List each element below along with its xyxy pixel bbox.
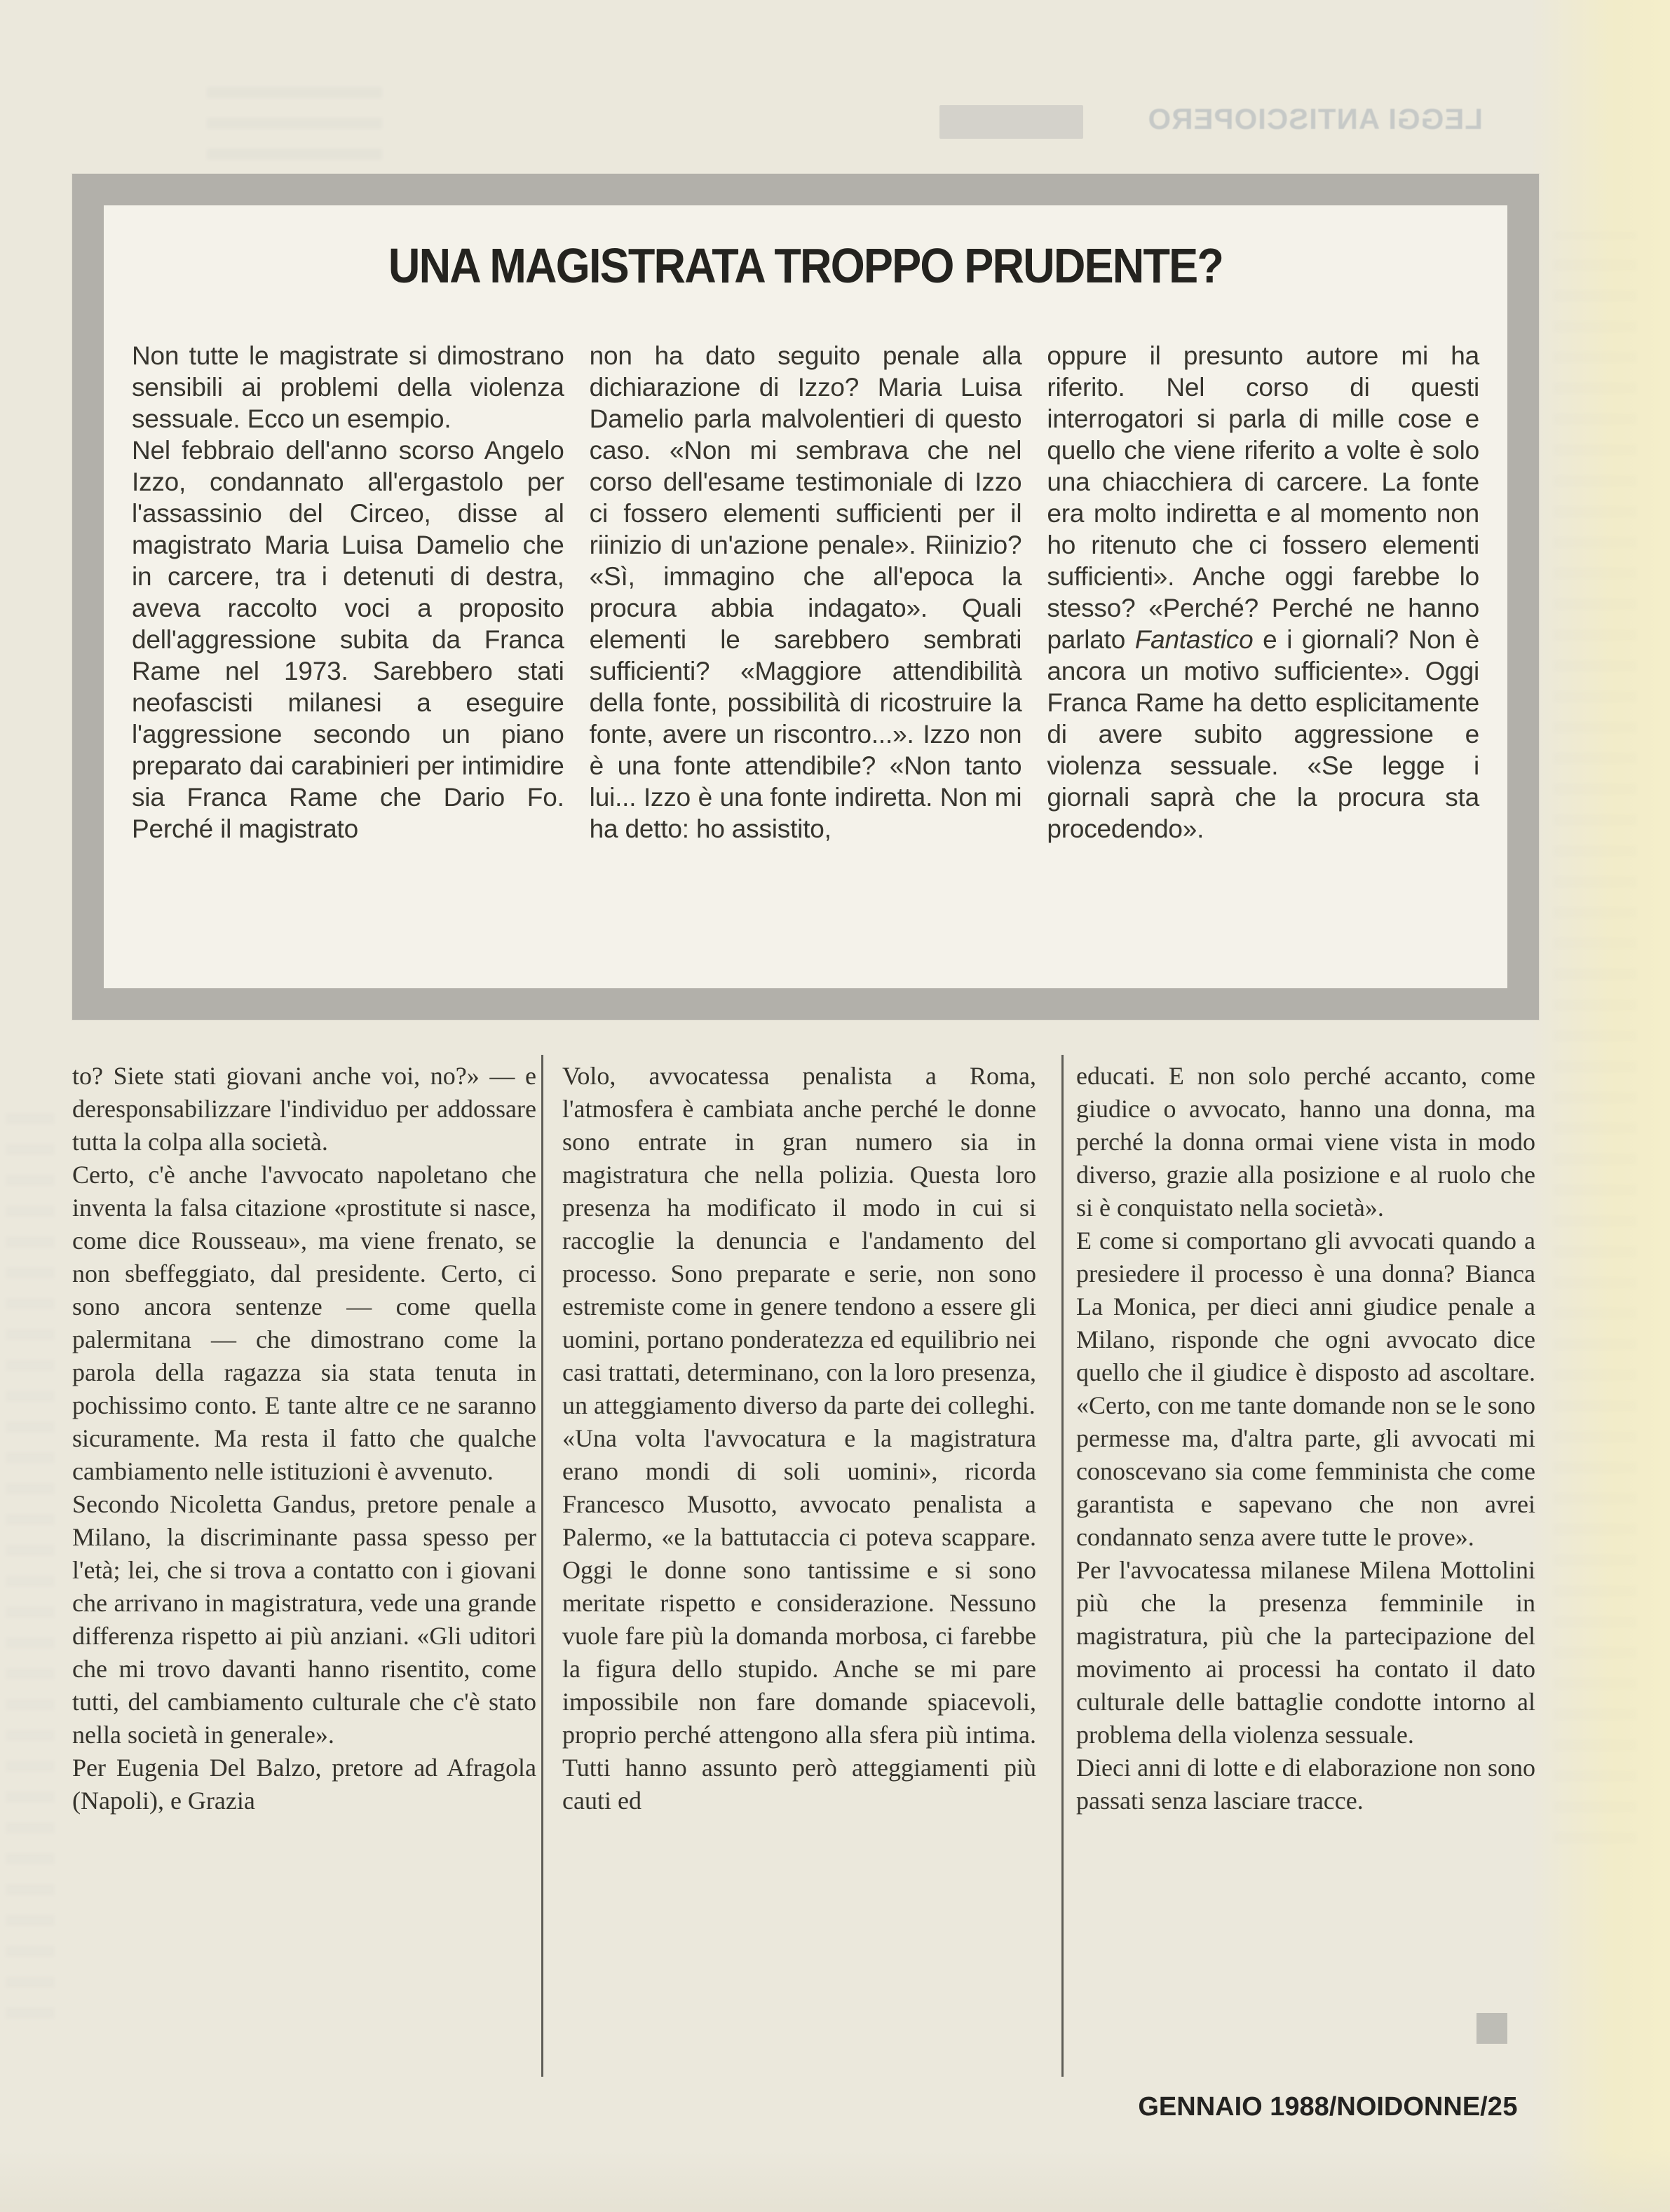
paragraph: «Una volta l'avvocatura e la magistratur… [562, 1422, 1036, 1817]
paragraph: educati. E non solo perché accanto, come… [1076, 1060, 1535, 1224]
bottom-page-shade [0, 2149, 1670, 2212]
text-segment: oppure il presunto autore mi ha riferito… [1047, 341, 1479, 654]
paragraph: Non tutte le magistrate si dimostrano se… [132, 340, 564, 435]
paragraph: Certo, c'è anche l'avvocato napoletano c… [72, 1159, 536, 1488]
footer-credit: GENNAIO 1988/NOIDONNE/ [1138, 2092, 1487, 2122]
italic-text-segment: Fantastico [1135, 625, 1254, 654]
paragraph: oppure il presunto autore mi ha riferito… [1047, 340, 1479, 845]
feature-column-2: non ha dato seguito penale alla dichiara… [590, 340, 1022, 845]
paragraph: non ha dato seguito penale alla dichiara… [590, 340, 1022, 845]
paragraph: Per l'avvocatessa milanese Milena Mottol… [1076, 1554, 1535, 1752]
paragraph: Secondo Nicoletta Gandus, pretore penale… [72, 1488, 536, 1752]
bleedthrough-text-artifact [6, 1093, 55, 2019]
body-column-3: educati. E non solo perché accanto, come… [1076, 1060, 1535, 1817]
bleedthrough-header-label: LEGGI ANTISCIOPERO [1090, 100, 1483, 139]
text-segment: e i giornali? Non è ancora un motivo suf… [1047, 625, 1479, 843]
right-margin-accent [1530, 0, 1670, 2212]
paragraph: Dieci anni di lotte e di elaborazione no… [1076, 1752, 1535, 1817]
feature-article-box: UNA MAGISTRATA TROPPO PRUDENTE? Non tutt… [72, 174, 1539, 1020]
paragraph: E come si comportano gli avvocati quando… [1076, 1224, 1535, 1554]
end-of-article-marker [1476, 2013, 1507, 2044]
body-column-2: Volo, avvocatessa penalista a Roma, l'at… [562, 1060, 1036, 1817]
paragraph: Volo, avvocatessa penalista a Roma, l'at… [562, 1060, 1036, 1422]
magazine-page: LEGGI ANTISCIOPERO UNA MAGISTRATA TROPPO… [0, 0, 1670, 2212]
feature-column-1: Non tutte le magistrate si dimostrano se… [132, 340, 564, 845]
paragraph: Nel febbraio dell'anno scorso Angelo Izz… [132, 435, 564, 845]
page-footer: GENNAIO 1988/NOIDONNE/25 [1094, 2091, 1518, 2122]
footer-page-number: 25 [1488, 2092, 1518, 2122]
feature-column-3: oppure il presunto autore mi ha riferito… [1047, 340, 1479, 845]
column-divider-rule [1061, 1055, 1064, 2077]
paragraph: to? Siete stati giovani anche voi, no?» … [72, 1060, 536, 1159]
paragraph: Per Eugenia Del Balzo, pretore ad Afrago… [72, 1752, 536, 1817]
column-divider-rule [541, 1055, 543, 2077]
bleedthrough-band [939, 105, 1083, 139]
feature-columns: Non tutte le magistrate si dimostrano se… [104, 292, 1507, 845]
article-title: UNA MAGISTRATA TROPPO PRUDENTE? [180, 240, 1431, 292]
bleedthrough-text-artifact [1553, 231, 1637, 1843]
body-column-1: to? Siete stati giovani anche voi, no?» … [72, 1060, 536, 1817]
